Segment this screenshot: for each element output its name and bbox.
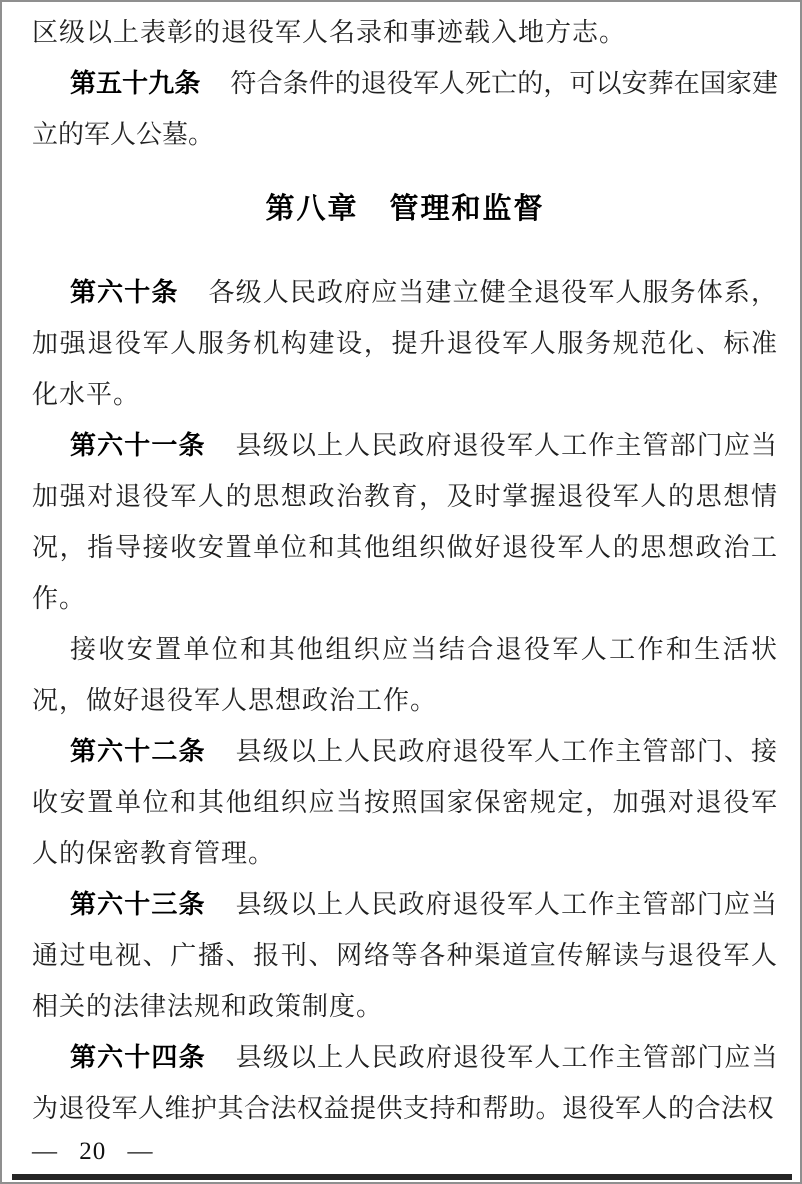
chapter-heading: 第八章 管理和监督 xyxy=(32,184,778,235)
article-64-number: 第六十四条 xyxy=(70,1042,206,1072)
article-62-number: 第六十二条 xyxy=(70,736,206,766)
paragraph-continuation: 区级以上表彰的退役军人名录和事迹载入地方志。 xyxy=(32,7,778,58)
article-64-paragraph: 第六十四条县级以上人民政府退役军人工作主管部门应当为退役军人维护其合法权益提供支… xyxy=(32,1032,778,1134)
article-60-paragraph: 第六十条各级人民政府应当建立健全退役军人服务体系，加强退役军人服务机构建设，提升… xyxy=(32,267,778,420)
article-63-number: 第六十三条 xyxy=(70,889,206,919)
article-61-subparagraph: 接收安置单位和其他组织应当结合退役军人工作和生活状况，做好退役军人思想政治工作。 xyxy=(32,624,778,726)
article-59-paragraph: 第五十九条符合条件的退役军人死亡的，可以安葬在国家建立的军人公墓。 xyxy=(32,58,778,160)
document-page: 区级以上表彰的退役军人名录和事迹载入地方志。 第五十九条符合条件的退役军人死亡的… xyxy=(0,0,802,1184)
article-62-paragraph: 第六十二条县级以上人民政府退役军人工作主管部门、接收安置单位和其他组织应当按照国… xyxy=(32,726,778,879)
article-61-paragraph: 第六十一条县级以上人民政府退役军人工作主管部门应当加强对退役军人的思想政治教育，… xyxy=(32,420,778,624)
article-63-paragraph: 第六十三条县级以上人民政府退役军人工作主管部门应当通过电视、广播、报刊、网络等各… xyxy=(32,879,778,1032)
page-number: — 20 — xyxy=(32,1138,154,1165)
page-number-footer: — 20 — xyxy=(32,1138,154,1166)
article-61-number: 第六十一条 xyxy=(70,430,206,460)
paragraph-text: 区级以上表彰的退役军人名录和事迹载入地方志。 xyxy=(32,18,626,47)
bottom-scan-line xyxy=(12,1174,792,1180)
article-60-number: 第六十条 xyxy=(70,277,179,307)
article-59-number: 第五十九条 xyxy=(70,68,200,98)
document-body: 区级以上表彰的退役军人名录和事迹载入地方志。 第五十九条符合条件的退役军人死亡的… xyxy=(2,2,800,1134)
paragraph-text: 接收安置单位和其他组织应当结合退役军人工作和生活状况，做好退役军人思想政治工作。 xyxy=(32,635,778,715)
